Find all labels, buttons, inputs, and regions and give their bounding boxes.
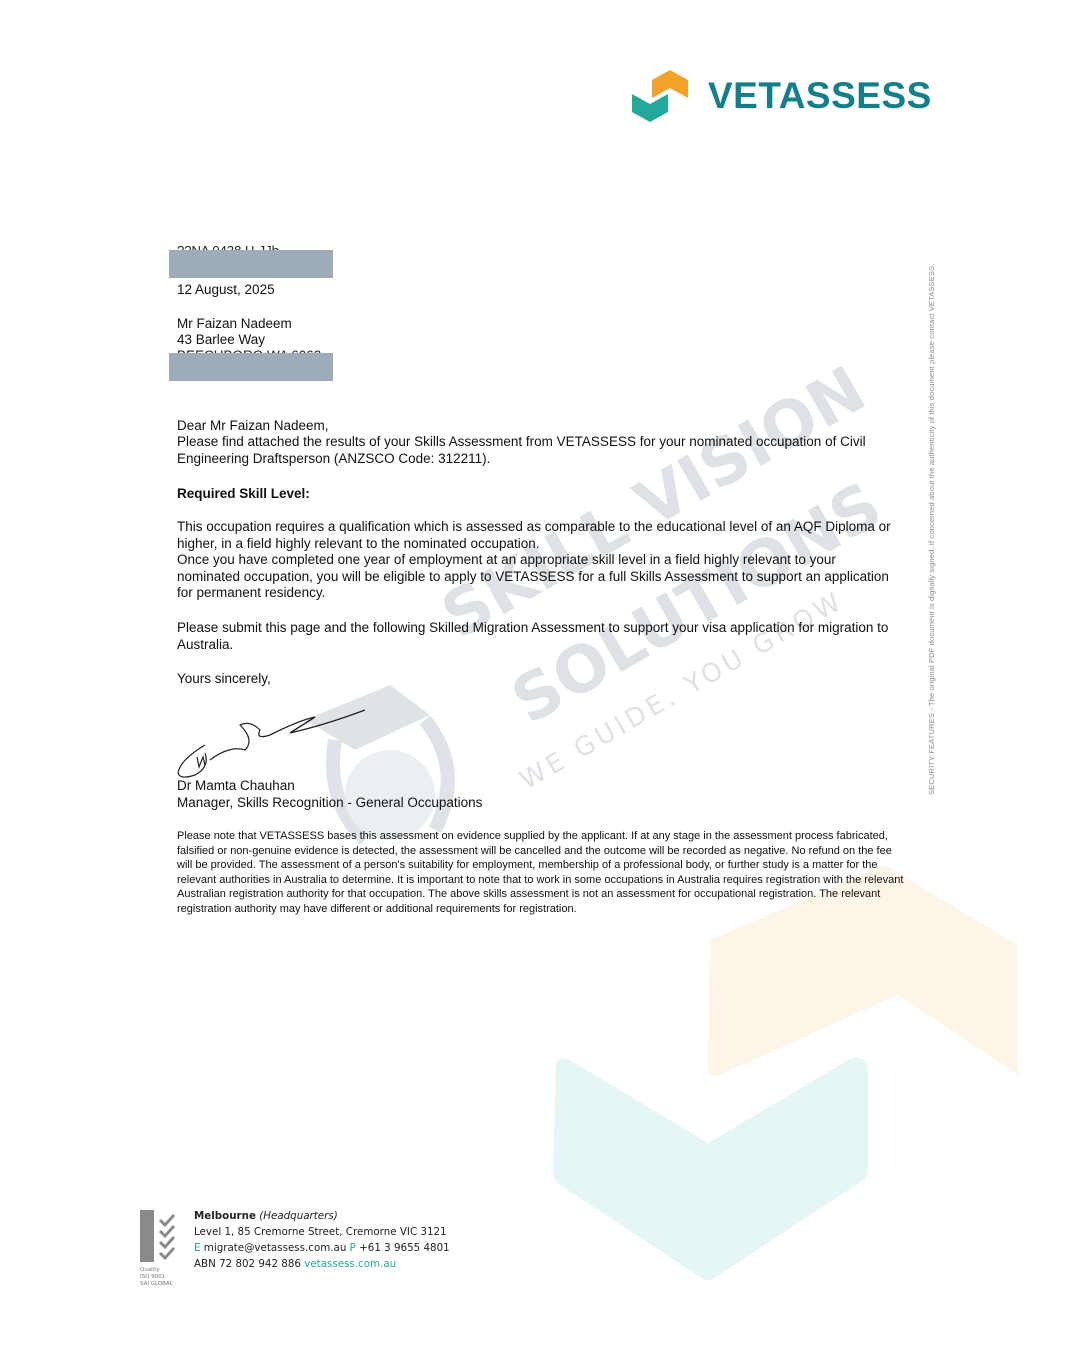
letter-date: 12 August, 2025 bbox=[177, 281, 275, 298]
signatory-title: Manager, Skills Recognition - General Oc… bbox=[177, 794, 482, 811]
submit-note: Please submit this page and the followin… bbox=[177, 620, 902, 653]
footer-phone[interactable]: +61 3 9655 4801 bbox=[359, 1242, 450, 1254]
footer-abn: ABN 72 802 942 886 bbox=[194, 1258, 301, 1270]
recipient-name: Mr Faizan Nadeem bbox=[177, 315, 292, 332]
footer-city-note: (Headquarters) bbox=[259, 1210, 338, 1222]
signatory-name: Dr Mamta Chauhan bbox=[177, 777, 295, 794]
background-chevron-teal bbox=[548, 1055, 878, 1290]
cert-quality: Quality bbox=[140, 1267, 178, 1274]
cert-standard: ISO 9001 bbox=[140, 1274, 178, 1281]
closing: Yours sincerely, bbox=[177, 670, 271, 687]
footer-city: Melbourne bbox=[194, 1210, 256, 1222]
email-label: E bbox=[194, 1242, 201, 1254]
footer-address: Level 1, 85 Cremorne Street, Cremorne VI… bbox=[194, 1224, 450, 1240]
intro-paragraph: Please find attached the results of your… bbox=[177, 434, 902, 467]
signature bbox=[175, 705, 375, 780]
redaction-bar-address bbox=[169, 353, 333, 381]
logo-mark-icon bbox=[630, 68, 692, 124]
redaction-bar-reference bbox=[169, 250, 333, 278]
disclaimer: Please note that VETASSESS bases this as… bbox=[177, 829, 907, 916]
logo-text: VETASSESS bbox=[708, 75, 932, 117]
phone-label: P bbox=[350, 1242, 356, 1254]
salutation: Dear Mr Faizan Nadeem, bbox=[177, 417, 329, 434]
cert-issuer: SAI GLOBAL bbox=[140, 1281, 178, 1288]
iso-certification-badge: Quality ISO 9001 SAI GLOBAL bbox=[140, 1210, 178, 1288]
footer-website[interactable]: vetassess.com.au bbox=[304, 1258, 396, 1270]
certified-checkmarks-icon bbox=[140, 1210, 178, 1262]
section-heading: Required Skill Level: bbox=[177, 485, 310, 502]
requirement-paragraph-2: Once you have completed one year of empl… bbox=[177, 552, 902, 602]
footer-email[interactable]: migrate@vetassess.com.au bbox=[204, 1242, 347, 1254]
footer-contact: Melbourne (Headquarters) Level 1, 85 Cre… bbox=[194, 1208, 450, 1272]
requirement-paragraph-1: This occupation requires a qualification… bbox=[177, 519, 902, 552]
vetassess-logo: VETASSESS bbox=[630, 68, 932, 124]
recipient-street: 43 Barlee Way bbox=[177, 331, 265, 348]
security-features-note: SECURITY FEATURES - The original PDF doc… bbox=[927, 264, 936, 795]
